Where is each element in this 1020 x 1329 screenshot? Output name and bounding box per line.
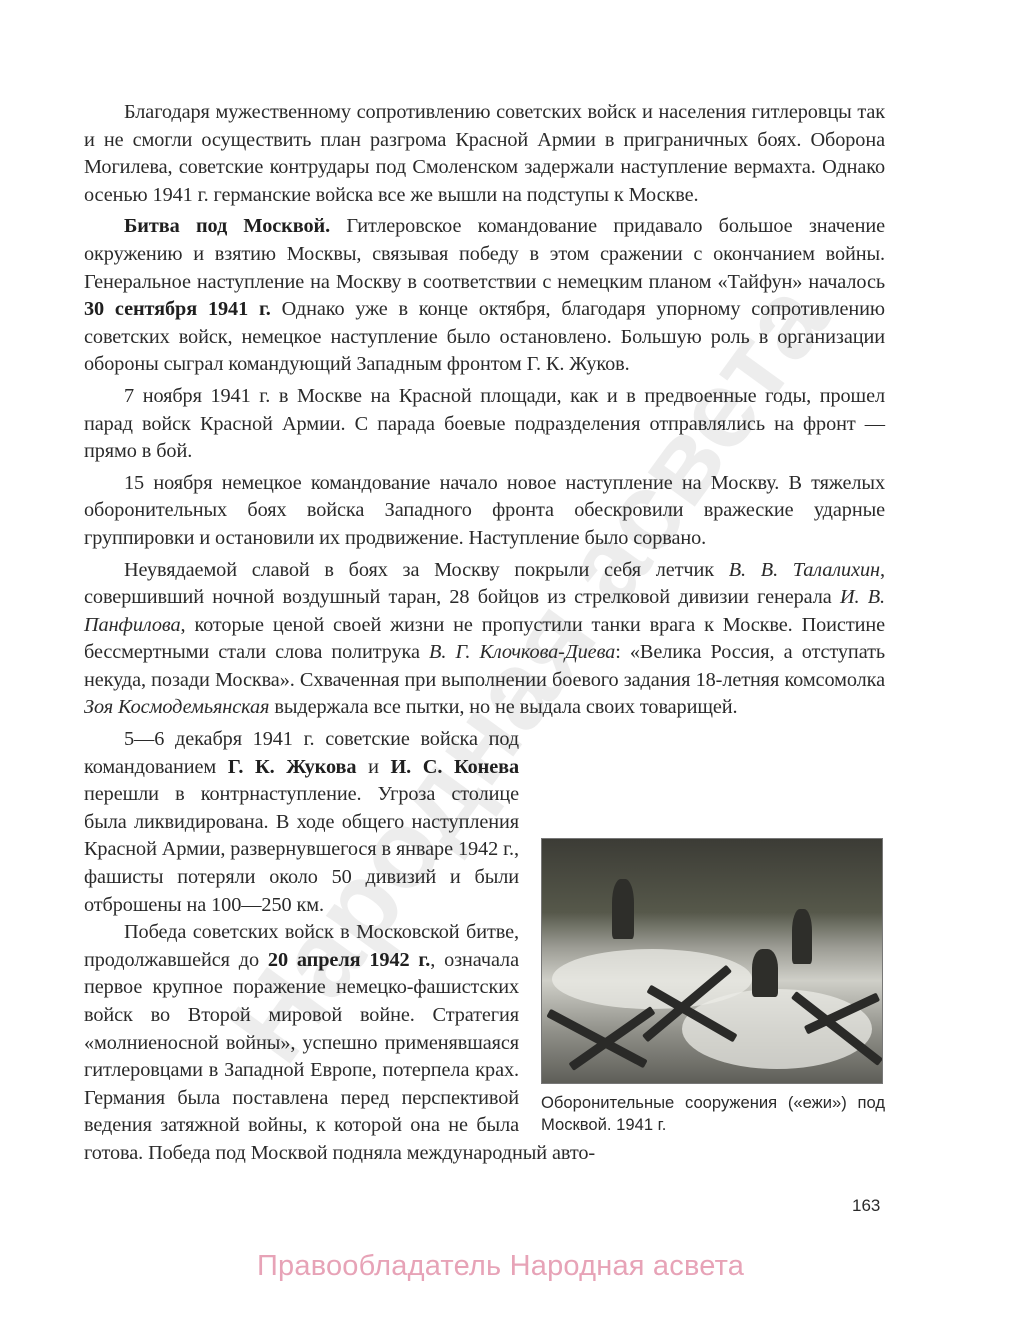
hero-name: В. В. Талалихин (729, 559, 880, 581)
page-body: Благодаря мужественному сопротивлению со… (84, 99, 885, 1172)
page-number: 163 (852, 1196, 880, 1216)
figure: Оборонительные сооружения («ежи») под Мо… (541, 838, 885, 1136)
copyright-footer: Правообладатель Народная асвета (257, 1250, 744, 1283)
hero-name: В. Г. Клочкова-Диева (429, 641, 615, 663)
paragraph-parade: 7 ноября 1941 г. в Москве на Красной пло… (84, 383, 885, 466)
photo-soldier (792, 909, 812, 964)
photo-soldier (612, 879, 634, 939)
paragraph-heroes: Неувядаемой славой в боях за Москву покр… (84, 557, 885, 723)
commander-name: И. С. Конева (391, 756, 520, 778)
photo-soldier (752, 949, 778, 997)
section-heading: Битва под Москвой. (124, 215, 330, 237)
hero-name: Зоя Космодемьянская (84, 696, 269, 718)
date-highlight: 30 сентября 1941 г. (84, 298, 271, 320)
paragraph-intro: Благодаря мужественному сопротивлению со… (84, 99, 885, 209)
text-with-figure: Оборонительные сооружения («ежи») под Мо… (84, 726, 885, 1168)
commander-name: Г. К. Жукова (228, 756, 357, 778)
figure-caption: Оборонительные сооружения («ежи») под Мо… (541, 1092, 885, 1136)
paragraph-battle-of-moscow: Битва под Москвой. Гитлеровское командов… (84, 213, 885, 379)
paragraph-november-offensive: 15 ноября немецкое командование начало н… (84, 470, 885, 553)
date-highlight: 20 апреля 1942 г. (268, 949, 430, 971)
photo-anti-tank-hedgehogs (541, 838, 883, 1084)
